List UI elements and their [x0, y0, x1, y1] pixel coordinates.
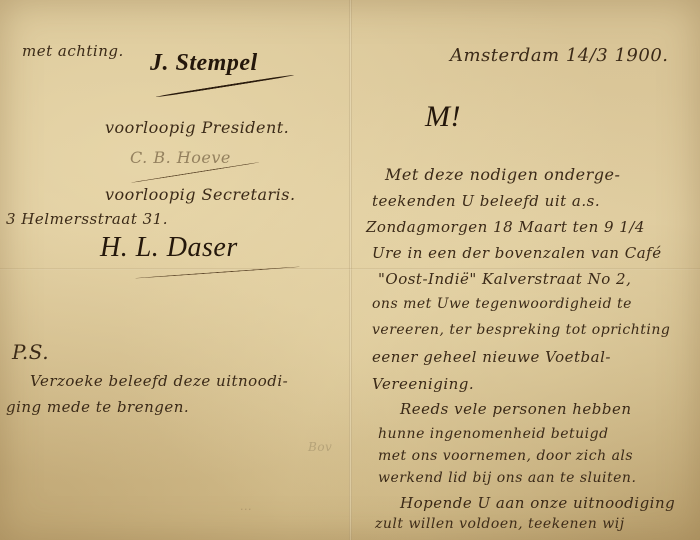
- body-line: ons met Uwe tegenwoordigheid te: [372, 296, 632, 312]
- body-line: Vereeniging.: [372, 375, 474, 393]
- body-line: Met deze nodigen onderge-: [385, 165, 620, 184]
- body-line: werkend lid bij ons aan te sluiten.: [378, 470, 636, 486]
- signature-secretary: H. L. Daser: [100, 232, 238, 264]
- faint-mark: ...: [240, 500, 252, 513]
- letter-scan: met achting. J. Stempel voorloopig Presi…: [0, 0, 700, 540]
- address-text: 3 Helmersstraat 31.: [6, 210, 168, 228]
- signature-president: J. Stempel: [150, 50, 258, 77]
- body-line: Hopende U aan onze uitnoodiging: [400, 494, 675, 512]
- vertical-fold: [349, 0, 352, 540]
- postscript-marker: P.S.: [12, 340, 49, 364]
- faint-mark: Bov: [308, 440, 332, 454]
- body-line: met ons voornemen, door zich als: [378, 448, 633, 464]
- closing-text: met achting.: [22, 42, 124, 60]
- body-line: hunne ingenomenheid betuigd: [378, 426, 609, 442]
- body-line: "Oost-Indië" Kalverstraat No 2,: [378, 270, 631, 288]
- title-president: voorloopig President.: [105, 118, 289, 137]
- body-line: Ure in een der bovenzalen van Café: [372, 244, 662, 262]
- postscript-line: ging mede te brengen.: [6, 398, 189, 416]
- body-line: zult willen voldoen, teekenen wij: [375, 516, 625, 532]
- salutation: M!: [425, 100, 461, 134]
- title-secretary: voorloopig Secretaris.: [105, 185, 296, 204]
- place-date: Amsterdam 14/3 1900.: [450, 45, 669, 66]
- signature-initials: C. B. Hoeve: [130, 148, 231, 167]
- body-line: Reeds vele personen hebben: [400, 400, 632, 418]
- body-line: eener geheel nieuwe Voetbal-: [372, 348, 611, 366]
- body-line: Zondagmorgen 18 Maart ten 9 1/4: [366, 218, 645, 236]
- signature-flourish: [156, 74, 295, 98]
- body-line: vereeren, ter bespreking tot oprichting: [372, 322, 670, 338]
- postscript-line: Verzoeke beleefd deze uitnoodi-: [30, 372, 288, 390]
- body-line: teekenden U beleefd uit a.s.: [372, 192, 600, 210]
